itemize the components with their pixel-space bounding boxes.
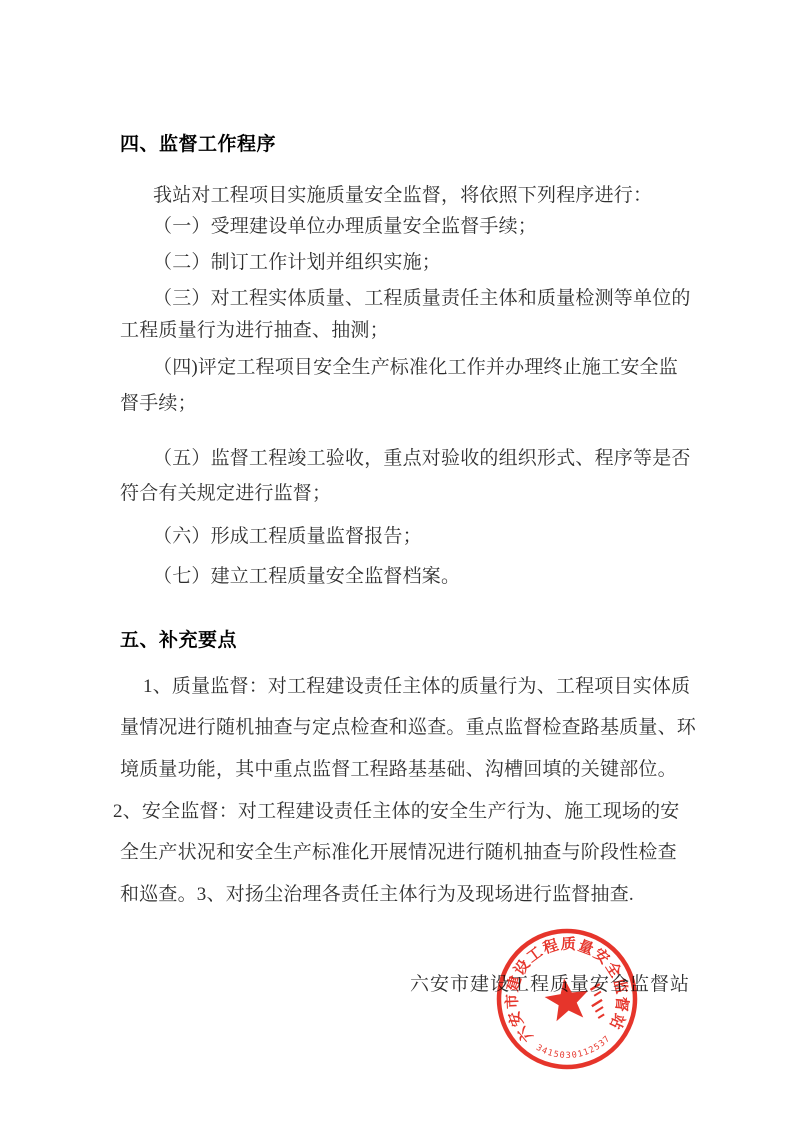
paragraph-line: 1、质量监督：对工程建设责任主体的质量行为、工程项目实体质 [120, 671, 703, 698]
svg-text:督: 督 [612, 996, 630, 1013]
paragraph-line: 我站对工程项目实施质量安全监督，将依照下列程序进行： [120, 180, 713, 207]
paragraph-line: 全生产状况和安全生产标准化开展情况进行随机抽查与阶段性检查 [120, 837, 680, 864]
paragraph-line: （七）建立工程质量安全监督档案。 [120, 561, 713, 588]
paragraph-line: （二）制订工作计划并组织实施； [120, 247, 713, 274]
paragraph-line: 督手续； [120, 388, 680, 415]
paragraph-line: （五）监督工程竣工验收，重点对验收的组织形式、程序等是否 [120, 443, 713, 470]
section-5-heading: 五、补充要点 [120, 625, 237, 652]
paragraph-line: 量情况进行随机抽查与定点检查和巡查。重点监督检查路基质量、环 [120, 712, 680, 739]
svg-text:监: 监 [610, 977, 631, 996]
stamp-inner-marks [588, 983, 605, 1020]
stamp-code: 3415030112537 [533, 1033, 615, 1066]
paragraph-line: （六）形成工程质量监督报告； [120, 521, 713, 548]
svg-text:市: 市 [503, 993, 522, 1009]
official-seal-stamp: 3415030112537 六安市建设工程质量安全监督站 [485, 917, 649, 1081]
paragraph-line: （三）对工程实体质量、工程质量责任主体和质量检测等单位的 [120, 283, 713, 310]
paragraph-line: 2、安全监督：对工程建设责任主体的安全生产行为、施工现场的安 [113, 796, 673, 823]
paragraph-line: 符合有关规定进行监督； [120, 478, 680, 505]
star-icon [542, 975, 591, 1022]
paragraph-line: 和巡查。3、对扬尘治理各责任主体行为及现场进行监督抽查. [120, 879, 680, 906]
svg-text:质: 质 [561, 935, 576, 953]
svg-text:程: 程 [541, 936, 561, 958]
paragraph-line: 工程质量行为进行抽查、抽测； [120, 315, 680, 342]
svg-text:站: 站 [606, 1011, 629, 1032]
paragraph-line: （一）受理建设单位办理质量安全监督手续； [120, 211, 713, 238]
paragraph-line: （四)评定工程项目安全生产标准化工作并办理终止施工安全监 [120, 352, 713, 379]
section-4-heading: 四、监督工作程序 [120, 129, 276, 156]
document-page: 四、监督工作程序 我站对工程项目实施质量安全监督，将依照下列程序进行： （一）受… [0, 0, 793, 1122]
paragraph-line: 境质量功能，其中重点监督工程路基基础、沟槽回填的关键部位。 [120, 754, 680, 781]
